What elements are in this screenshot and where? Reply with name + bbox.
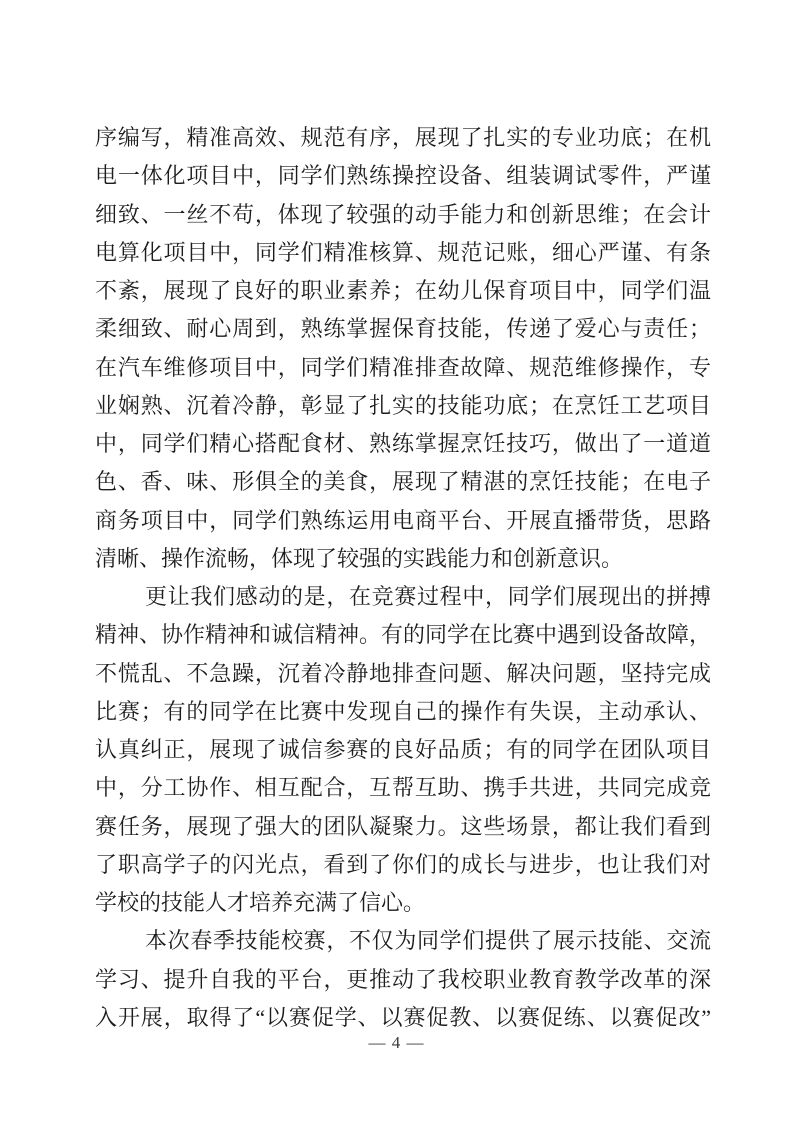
- text-line: 清晰、操作流畅，体现了较强的实践能力和创新意识。: [95, 540, 711, 578]
- text-line: 不慌乱、不急躁，沉着冷静地排查问题、解决问题，坚持完成: [95, 655, 711, 693]
- text-line: 业娴熟、沉着冷静，彰显了扎实的技能功底；在烹饪工艺项目: [95, 387, 711, 425]
- text-line: 中，分工协作、相互配合，互帮互助、携手共进，共同完成竞: [95, 769, 711, 807]
- text-line: 柔细致、耐心周到，熟练掌握保育技能，传递了爱心与责任；: [95, 310, 711, 348]
- text-line: 学习、提升自我的平台，更推动了我校职业教育教学改革的深: [95, 961, 711, 999]
- text-line: 不紊，展现了良好的职业素养；在幼儿保育项目中，同学们温: [95, 272, 711, 310]
- text-line: 了职高学子的闪光点，看到了你们的成长与进步，也让我们对: [95, 846, 711, 884]
- text-line: 学校的技能人才培养充满了信心。: [95, 884, 711, 922]
- text-line: 本次春季技能校赛，不仅为同学们提供了展示技能、交流: [95, 922, 711, 960]
- text-line: 序编写，精准高效、规范有序，展现了扎实的专业功底；在机: [95, 119, 711, 157]
- text-line: 赛任务，展现了强大的团队凝聚力。这些场景，都让我们看到: [95, 808, 711, 846]
- text-line: 电算化项目中，同学们精准核算、规范记账，细心严谨、有条: [95, 234, 711, 272]
- text-line: 认真纠正，展现了诚信参赛的良好品质；有的同学在团队项目: [95, 731, 711, 769]
- document-body: 序编写，精准高效、规范有序，展现了扎实的专业功底；在机电一体化项目中，同学们熟练…: [95, 119, 711, 1037]
- text-line: 精神、协作精神和诚信精神。有的同学在比赛中遇到设备故障，: [95, 616, 711, 654]
- text-line: 比赛；有的同学在比赛中发现自己的操作有失误，主动承认、: [95, 693, 711, 731]
- text-line: 更让我们感动的是，在竞赛过程中，同学们展现出的拼搏: [95, 578, 711, 616]
- text-line: 中，同学们精心搭配食材、熟练掌握烹饪技巧，做出了一道道: [95, 425, 711, 463]
- text-line: 在汽车维修项目中，同学们精准排查故障、规范维修操作，专: [95, 349, 711, 387]
- text-line: 细致、一丝不苟，体现了较强的动手能力和创新思维；在会计: [95, 196, 711, 234]
- document-page: 序编写，精准高效、规范有序，展现了扎实的专业功底；在机电一体化项目中，同学们熟练…: [0, 0, 793, 1122]
- text-line: 色、香、味、形俱全的美食，展现了精湛的烹饪技能；在电子: [95, 463, 711, 501]
- page-number: — 4 —: [0, 1033, 793, 1053]
- text-line: 电一体化项目中，同学们熟练操控设备、组装调试零件，严谨: [95, 157, 711, 195]
- text-line: 商务项目中，同学们熟练运用电商平台、开展直播带货，思路: [95, 502, 711, 540]
- text-line: 入开展，取得了“以赛促学、以赛促教、以赛促练、以赛促改”: [95, 999, 711, 1037]
